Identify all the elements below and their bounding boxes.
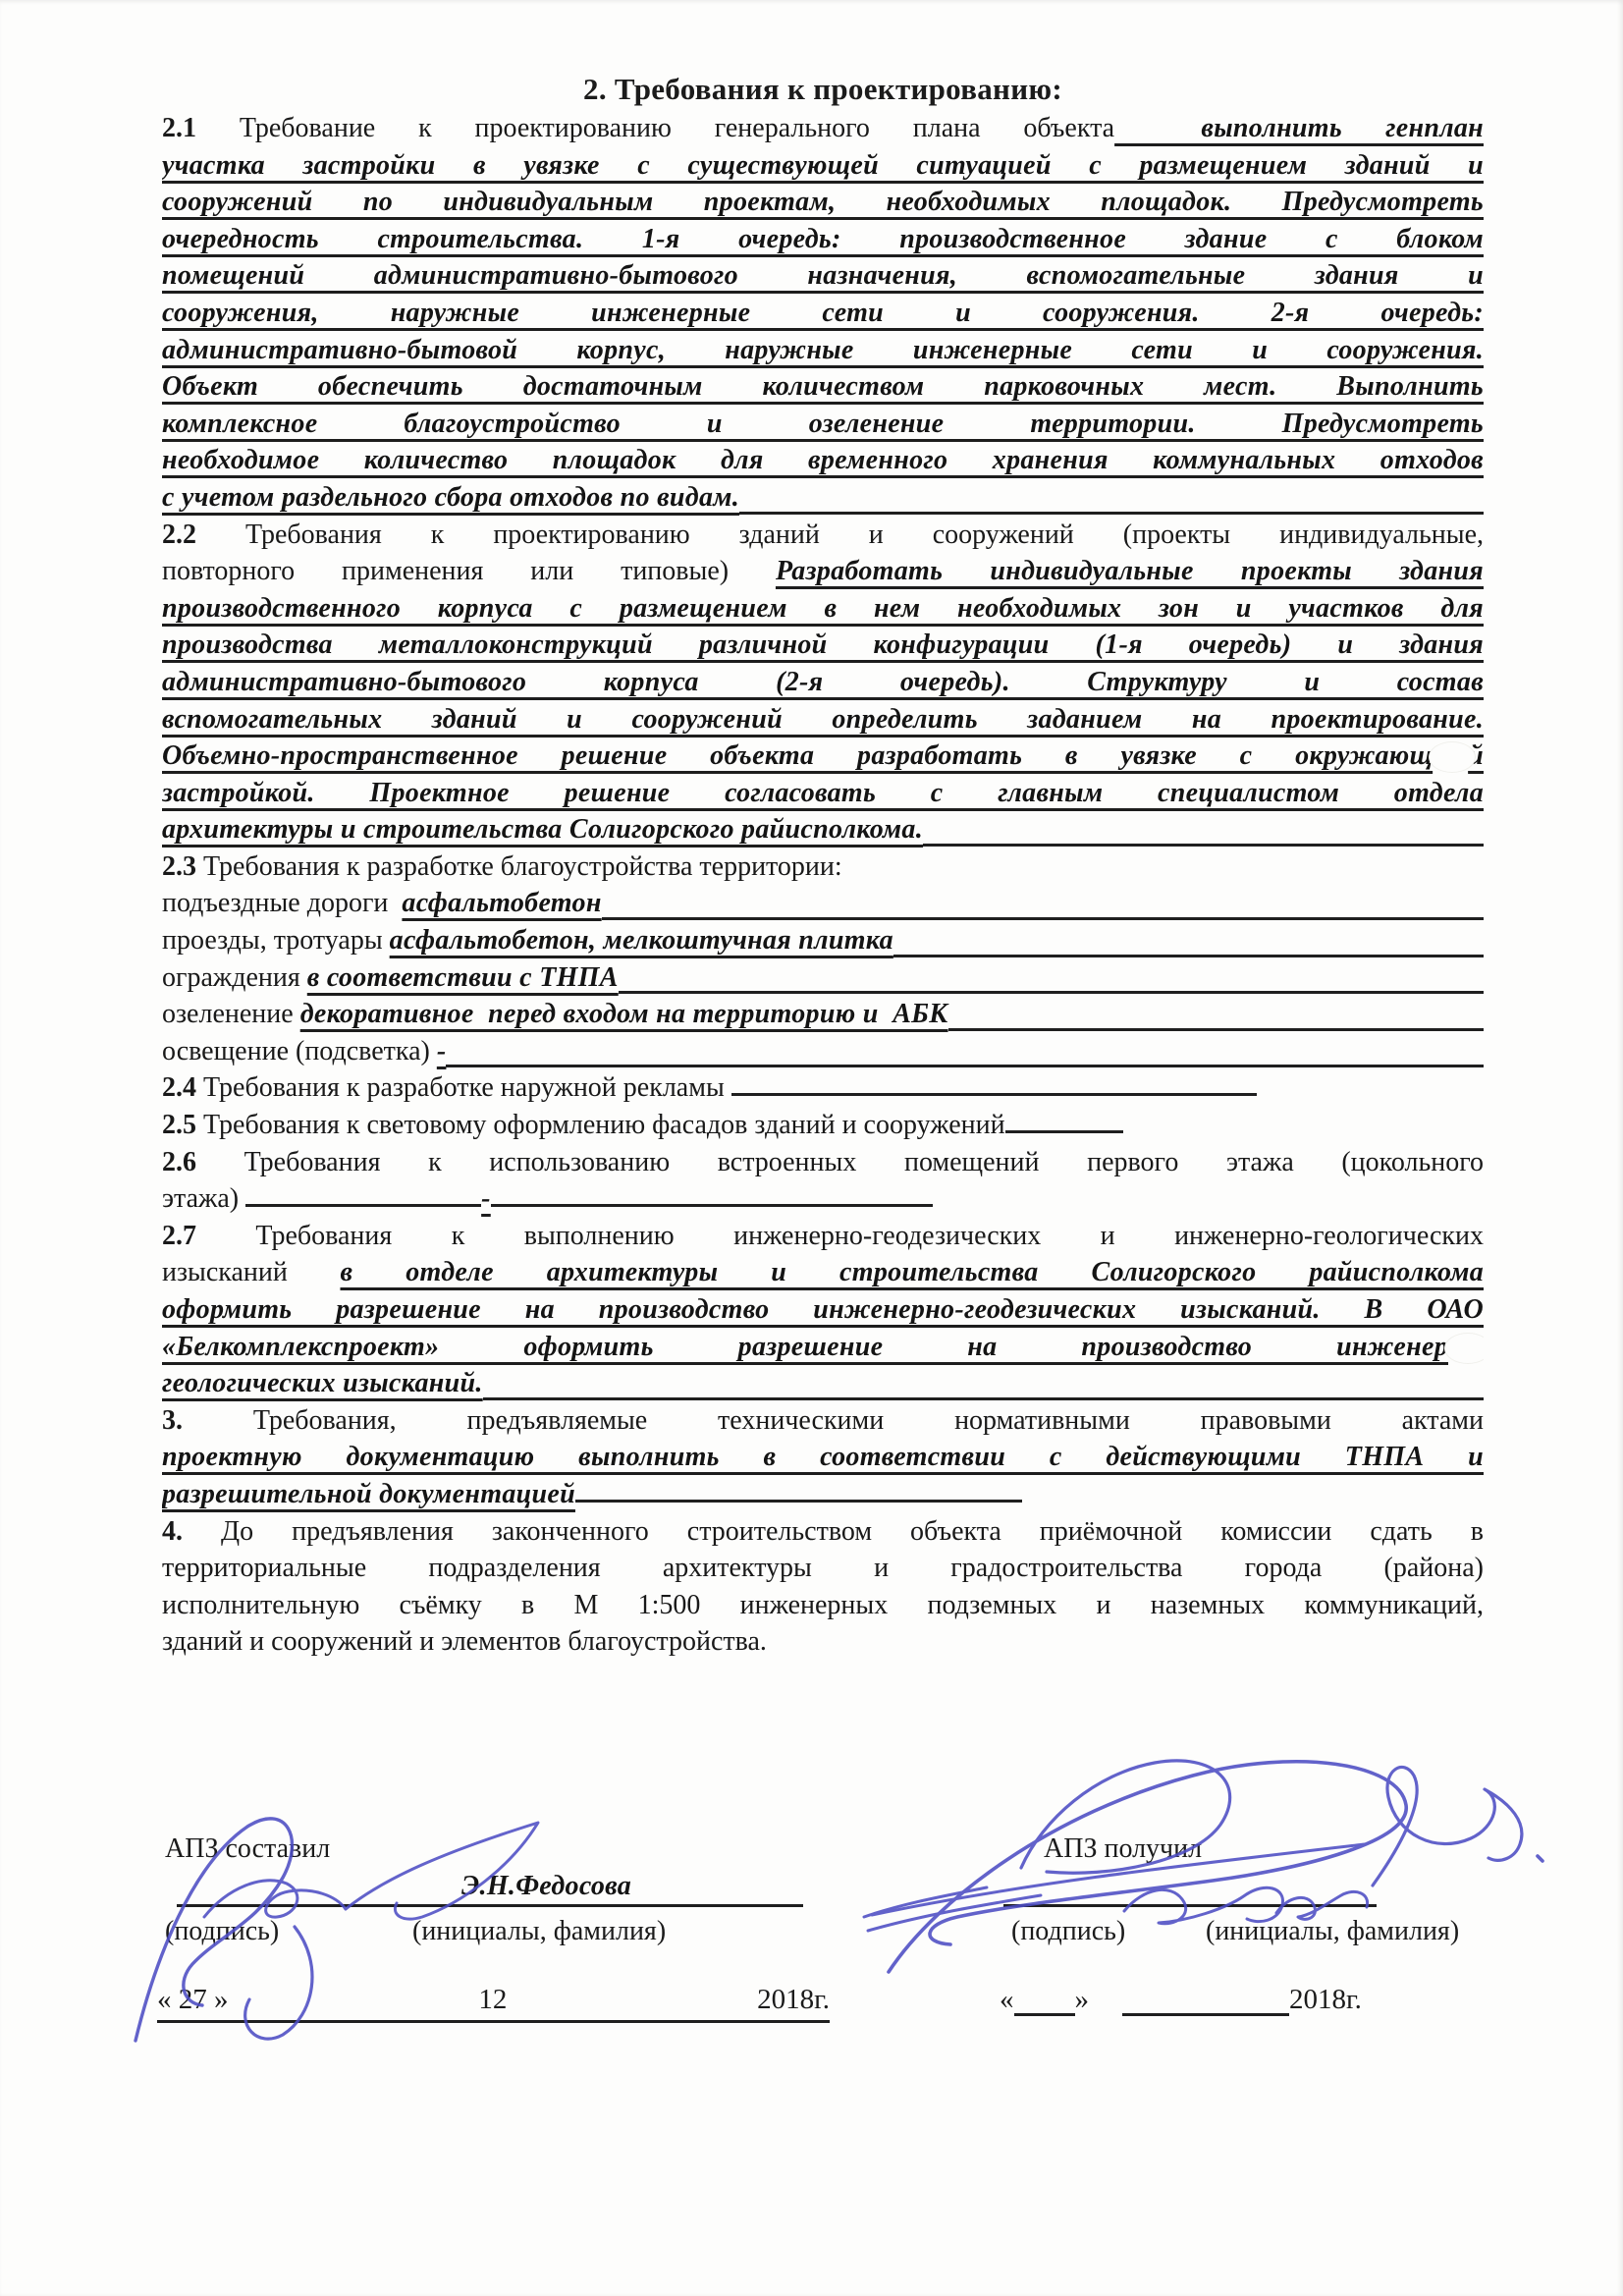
blank-underline <box>731 1081 1257 1096</box>
blank-month-line <box>1122 2003 1289 2016</box>
text-line: участка застройки в увязке с существующе… <box>162 147 1484 185</box>
handwritten-fill-text: застройкой. Проектное решение согласоват… <box>162 778 1484 808</box>
typed-text: Требования к разработке наружной рекламы <box>196 1069 731 1107</box>
typed-text: Требования к использованию встроенных по… <box>196 1147 1484 1177</box>
handwritten-fill-text: очередность строительства. 1-я очередь: … <box>162 224 1484 254</box>
date-day: « 27 » <box>157 1984 229 2016</box>
typed-text: ограждения <box>162 959 307 997</box>
blank-underline <box>491 1192 933 1207</box>
text-line: архитектуры и строительства Солигорского… <box>162 811 1484 848</box>
name-caption-left: (инициалы, фамилия) <box>412 1915 666 1948</box>
text-line: сооружения, наружные инженерные сети и с… <box>162 295 1484 332</box>
handwritten-fill-text: с учетом раздельного сбора отходов по ви… <box>162 479 739 517</box>
handwritten-fill-text: Объект обеспечить достаточным количество… <box>162 371 1484 402</box>
handwritten-fill-text: асфальтобетон <box>402 885 601 922</box>
blank-underline <box>483 1365 1484 1400</box>
blank-date-year: 2018г. <box>1289 1984 1362 2016</box>
text-line: зданий и сооружений и элементов благоуст… <box>162 1623 1484 1661</box>
text-line: повторного применения или типовые) Разра… <box>162 553 1484 590</box>
typed-text: Требования к разработке благоустройства … <box>196 851 842 882</box>
text-line: этажа) - <box>162 1180 1484 1218</box>
text-line: проезды, тротуары асфальтобетон, мелкошт… <box>162 922 1484 959</box>
typed-text: Требования к проектированию зданий и соо… <box>196 519 1484 550</box>
section-number: 2.4 <box>162 1069 196 1107</box>
blank-underline <box>739 479 1484 515</box>
section-number: 2.6 <box>162 1147 196 1177</box>
typed-text: исполнительную съёмку в М 1:500 инженерн… <box>162 1590 1484 1620</box>
text-line: проектную документацию выполнить в соотв… <box>162 1439 1484 1476</box>
document-body: 2. Требования к проектированию: 2.1 Треб… <box>162 69 1484 1661</box>
text-line: оформить разрешение на производство инже… <box>162 1291 1484 1329</box>
apz-author-label: АПЗ составил <box>165 1832 330 1866</box>
blank-day-line <box>1014 2003 1075 2016</box>
text-line: озеленение декоративное перед входом на … <box>162 996 1484 1033</box>
date-blank: « » 2018г. <box>1000 1984 1362 2016</box>
blank-underline <box>245 1192 481 1207</box>
handwritten-fill-text: административно-бытовой корпус, наружные… <box>162 335 1484 365</box>
blank-underline <box>948 996 1484 1031</box>
text-line: производства металлоконструкций различно… <box>162 627 1484 664</box>
handwritten-fill-text: вспомогательных зданий и сооружений опре… <box>162 704 1484 735</box>
text-line: 4. До предъявления законченного строител… <box>162 1513 1484 1551</box>
text-line: изысканий в отделе архитектуры и строите… <box>162 1254 1484 1291</box>
handwritten-fill-text: - <box>481 1180 491 1218</box>
text-line: помещений административно-бытового назна… <box>162 257 1484 295</box>
section-number: 4. <box>162 1516 183 1547</box>
typed-text: изысканий <box>162 1257 340 1287</box>
blank-underline <box>446 1033 1484 1068</box>
typed-text: озеленение <box>162 996 300 1033</box>
correction-blob <box>1444 1333 1484 1364</box>
author-name: Э.Н.Федосова <box>461 1871 631 1902</box>
section-number: 2.3 <box>162 851 196 882</box>
text-line: геологических изысканий. <box>162 1365 1484 1402</box>
quote-open: « <box>1000 1984 1014 2016</box>
text-line: «Белкомплекспроект» оформить разрешение … <box>162 1329 1484 1366</box>
blank-underline <box>619 959 1484 995</box>
handwritten-fill-text: помещений административно-бытового назна… <box>162 260 1484 291</box>
text-line: застройкой. Проектное решение согласоват… <box>162 775 1484 812</box>
handwritten-fill-text: сооружений по индивидуальным проектам, н… <box>162 187 1484 217</box>
text-line: освещение (подсветка) - <box>162 1033 1484 1070</box>
typed-text: проезды, тротуары <box>162 922 390 959</box>
text-line: 3. Требования, предъявляемые техническим… <box>162 1402 1484 1440</box>
handwritten-fill-text: проектную документацию выполнить в соотв… <box>162 1442 1484 1472</box>
handwritten-fill-text: в соответствии с ТНПА <box>307 959 619 997</box>
text-line: комплексное благоустройство и озеленение… <box>162 406 1484 443</box>
text-line: разрешительной документацией <box>162 1476 1484 1513</box>
text-line: вспомогательных зданий и сооружений опре… <box>162 701 1484 738</box>
blank-underline <box>893 922 1484 957</box>
text-line: производственного корпуса с размещением … <box>162 590 1484 628</box>
handwritten-fill-text: Разработать индивидуальные проекты здани… <box>776 556 1484 586</box>
blank-underline <box>575 1488 1022 1503</box>
typed-text: этажа) <box>162 1180 245 1218</box>
text-line: 2.7 Требования к выполнению инженерно-ге… <box>162 1218 1484 1255</box>
handwritten-fill-text: архитектуры и строительства Солигорского… <box>162 811 923 848</box>
text-line: 2.3 Требования к разработке благоустройс… <box>162 848 1484 886</box>
handwritten-fill-text: в отделе архитектуры и строительства Сол… <box>340 1257 1484 1287</box>
handwritten-fill-text: участка застройки в увязке с существующе… <box>162 150 1484 181</box>
text-line: с учетом раздельного сбора отходов по ви… <box>162 479 1484 517</box>
handwritten-fill-text: разрешительной документацией <box>162 1476 575 1513</box>
apz-receiver-label: АПЗ получил <box>1044 1832 1202 1866</box>
text-line: административно-бытовой корпус, наружные… <box>162 332 1484 369</box>
typed-text: повторного применения или типовые) <box>162 556 776 586</box>
text-line: очередность строительства. 1-я очередь: … <box>162 221 1484 258</box>
correction-blob <box>1429 741 1476 773</box>
typed-text: Требования, предъявляемые техническими н… <box>183 1405 1484 1436</box>
date-filled: « 27 » 12 2018г. <box>157 1984 830 2023</box>
text-line: 2.6 Требования к использованию встроенны… <box>162 1144 1484 1181</box>
text-line: административно-бытового корпуса (2-я оч… <box>162 664 1484 701</box>
date-year: 2018г. <box>757 1984 830 2016</box>
text-line: Объемно-пространственное решение объекта… <box>162 738 1484 775</box>
typed-text: подъездные дороги <box>162 885 402 922</box>
date-month: 12 <box>478 1984 507 2016</box>
name-caption-right: (инициалы, фамилия) <box>1206 1915 1459 1948</box>
text-line: подъездные дороги асфальтобетон <box>162 885 1484 922</box>
quote-close: » <box>1075 1984 1090 2016</box>
receiver-signature-line <box>1003 1869 1377 1907</box>
text-line: территориальные подразделения архитектур… <box>162 1550 1484 1587</box>
handwritten-fill-text: необходимое количество площадок для врем… <box>162 445 1484 475</box>
blank-underline <box>923 811 1484 847</box>
scanned-document-page: 2. Требования к проектированию: 2.1 Треб… <box>0 0 1623 2296</box>
handwritten-fill-text: выполнить генплан <box>1114 113 1484 143</box>
text-line: ограждения в соответствии с ТНПА <box>162 959 1484 997</box>
section-number: 2.7 <box>162 1221 196 1251</box>
handwritten-fill-text: административно-бытового корпуса (2-я оч… <box>162 667 1484 697</box>
section-number: 2.5 <box>162 1107 196 1144</box>
section-heading: 2. Требования к проектированию: <box>162 69 1484 110</box>
text-line: 2.5 Требования к световому оформлению фа… <box>162 1107 1484 1144</box>
handwritten-fill-text: производственного корпуса с размещением … <box>162 593 1484 624</box>
typed-text: освещение (подсветка) <box>162 1033 437 1070</box>
handwritten-fill-text: декоративное перед входом на территорию … <box>300 996 948 1033</box>
text-line: исполнительную съёмку в М 1:500 инженерн… <box>162 1587 1484 1624</box>
text-line: 2.2 Требования к проектированию зданий и… <box>162 517 1484 554</box>
handwritten-fill-text: Объемно-пространственное решение объекта… <box>162 740 1433 771</box>
text-line: 2.4 Требования к разработке наружной рек… <box>162 1069 1484 1107</box>
text-line: необходимое количество площадок для врем… <box>162 442 1484 479</box>
document-lines: 2.1 Требование к проектированию генераль… <box>162 110 1484 1661</box>
typed-text: Требования к световому оформлению фасадо… <box>196 1107 1005 1144</box>
typed-text: Требование к проектированию генерального… <box>196 113 1114 143</box>
signature-caption-left: (подпись) <box>165 1915 279 1948</box>
handwritten-fill-text: «Белкомплекспроект» оформить разрешение … <box>162 1332 1448 1362</box>
section-number: 2.1 <box>162 113 196 143</box>
handwritten-fill-text: комплексное благоустройство и озеленение… <box>162 409 1484 439</box>
handwritten-fill-text: производства металлоконструкций различно… <box>162 629 1484 660</box>
section-number: 2.2 <box>162 519 196 550</box>
text-line: Объект обеспечить достаточным количество… <box>162 368 1484 406</box>
handwritten-fill-text: сооружения, наружные инженерные сети и с… <box>162 298 1484 328</box>
typed-text: До предъявления законченного строительст… <box>183 1516 1484 1547</box>
text-line: сооружений по индивидуальным проектам, н… <box>162 184 1484 221</box>
handwritten-fill-text: оформить разрешение на производство инже… <box>162 1294 1484 1325</box>
typed-text: зданий и сооружений и элементов благоуст… <box>162 1626 767 1657</box>
handwritten-fill-text: - <box>437 1033 447 1070</box>
signature-caption-right: (подпись) <box>1011 1915 1125 1948</box>
handwritten-fill-text: асфальтобетон, мелкоштучная плитка <box>390 922 893 959</box>
typed-text: территориальные подразделения архитектур… <box>162 1553 1484 1583</box>
blank-underline <box>1005 1119 1123 1133</box>
blank-underline <box>602 885 1484 920</box>
typed-text: Требования к выполнению инженерно-геодез… <box>196 1221 1484 1251</box>
text-line: 2.1 Требование к проектированию генераль… <box>162 110 1484 147</box>
handwritten-fill-text: геологических изысканий. <box>162 1365 483 1402</box>
section-number: 3. <box>162 1405 183 1436</box>
